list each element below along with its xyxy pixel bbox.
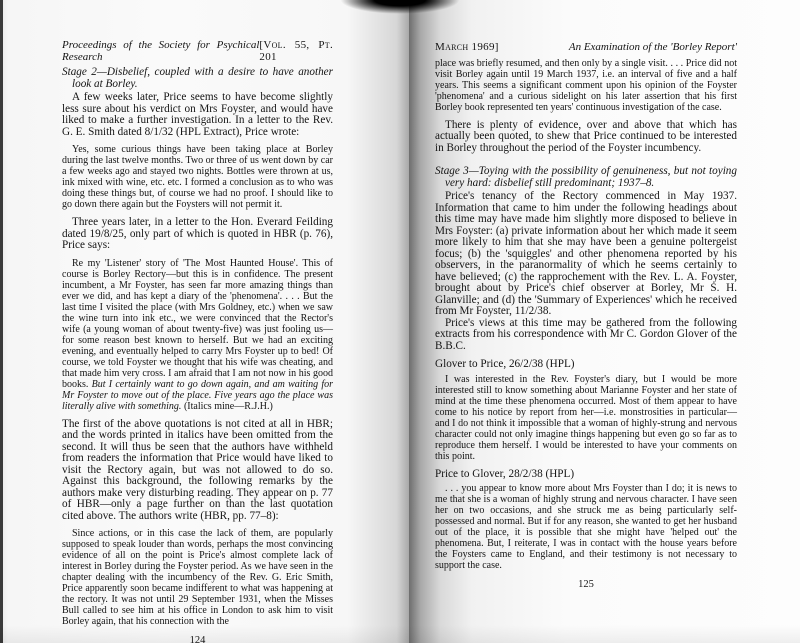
book-spread: Proceedings of the Society for Psychical… [0, 0, 800, 643]
block-quote: Yes, some curious things have been takin… [62, 144, 333, 210]
block-quote: Re my 'Listener' story of 'The Most Haun… [62, 258, 333, 412]
body-paragraph: The first of the above quotations is not… [62, 419, 333, 523]
body-paragraph: Price's tenancy of the Rectory commenced… [435, 191, 737, 318]
letter-heading: Glover to Price, 26/2/38 (HPL) [435, 359, 737, 371]
body-paragraph: Three years later, in a letter to the Ho… [62, 217, 333, 252]
issue-date: March 1969] [435, 42, 499, 54]
body-paragraph: A few weeks later, Price seems to have b… [62, 92, 333, 138]
page-number: 125 [435, 579, 737, 591]
quote-note: (Italics mine—R.J.H.) [184, 401, 273, 412]
section-heading: Stage 2—Disbelief, coupled with a desire… [62, 67, 333, 90]
block-quote: Since actions, or in this case the lack … [62, 528, 333, 627]
page-edge [0, 0, 3, 643]
binding-shadow [340, 0, 460, 14]
letter-heading: Price to Glover, 28/2/38 (HPL) [435, 469, 737, 481]
page-fold-shadow [0, 625, 800, 643]
left-page: Proceedings of the Society for Psychical… [0, 0, 409, 643]
right-page-content: March 1969] An Examination of the 'Borle… [435, 42, 737, 591]
body-paragraph: There is plenty of evidence, over and ab… [435, 120, 737, 155]
running-head: Proceedings of the Society for Psychical… [62, 40, 333, 63]
block-quote: I was interested in the Rev. Foyster's d… [435, 374, 737, 462]
block-quote: . . . you appear to know more about Mrs … [435, 483, 737, 571]
block-quote-continued: place was briefly resumed, and then only… [435, 58, 737, 113]
quote-text: Re my 'Listener' story of 'The Most Haun… [62, 258, 333, 390]
article-title: An Examination of the 'Borley Report' [569, 42, 737, 54]
left-page-content: Proceedings of the Society for Psychical… [62, 40, 333, 643]
running-head: March 1969] An Examination of the 'Borle… [435, 42, 737, 54]
right-page: March 1969] An Examination of the 'Borle… [409, 0, 800, 643]
volume-number: [Vol. 55, Pt. 201 [259, 40, 333, 63]
body-paragraph: Price's views at this time may be gather… [435, 318, 737, 353]
journal-title: Proceedings of the Society for Psychical… [62, 40, 259, 63]
section-heading: Stage 3—Toying with the possibility of g… [435, 166, 737, 189]
